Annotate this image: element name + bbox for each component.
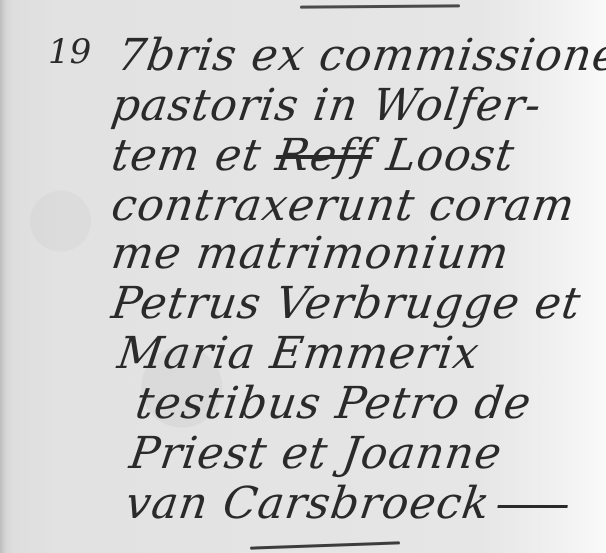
manuscript-line-8: testibus Petro de bbox=[132, 378, 534, 429]
line-text: Priest et Joanne bbox=[126, 428, 505, 479]
line-text: pastoris in Wolfer- bbox=[108, 80, 544, 131]
manuscript-line-5: me matrimonium bbox=[108, 228, 512, 279]
line-text: tem et bbox=[108, 130, 279, 181]
line-end-flourish bbox=[497, 505, 567, 508]
manuscript-line-1: 7bris ex commissione bbox=[114, 30, 606, 81]
line-text: 7bris ex commissione bbox=[114, 30, 606, 81]
manuscript-page: 19 7bris ex commissione pastoris in Wolf… bbox=[0, 0, 606, 553]
line-text-after: Loost bbox=[368, 130, 518, 181]
manuscript-line-9: Priest et Joanne bbox=[126, 428, 505, 479]
line-text: Petrus Verbrugge et bbox=[108, 278, 584, 329]
line-text: contraxerunt coram bbox=[108, 180, 578, 231]
manuscript-line-7: Maria Emmerix bbox=[114, 328, 482, 379]
manuscript-line-10: van Carsbroeck bbox=[122, 478, 571, 529]
manuscript-line-6: Petrus Verbrugge et bbox=[108, 278, 584, 329]
line-text: testibus Petro de bbox=[132, 378, 534, 429]
line-text: me matrimonium bbox=[108, 228, 512, 279]
entry-number: 19 bbox=[48, 32, 91, 72]
manuscript-line-4: contraxerunt coram bbox=[108, 180, 578, 231]
struck-word: Reff bbox=[273, 130, 376, 181]
line-text: van Carsbroeck bbox=[122, 478, 493, 529]
line-text: Maria Emmerix bbox=[114, 328, 482, 379]
manuscript-line-2: pastoris in Wolfer- bbox=[108, 80, 544, 131]
manuscript-line-3: tem et Reff Loost bbox=[108, 130, 518, 181]
